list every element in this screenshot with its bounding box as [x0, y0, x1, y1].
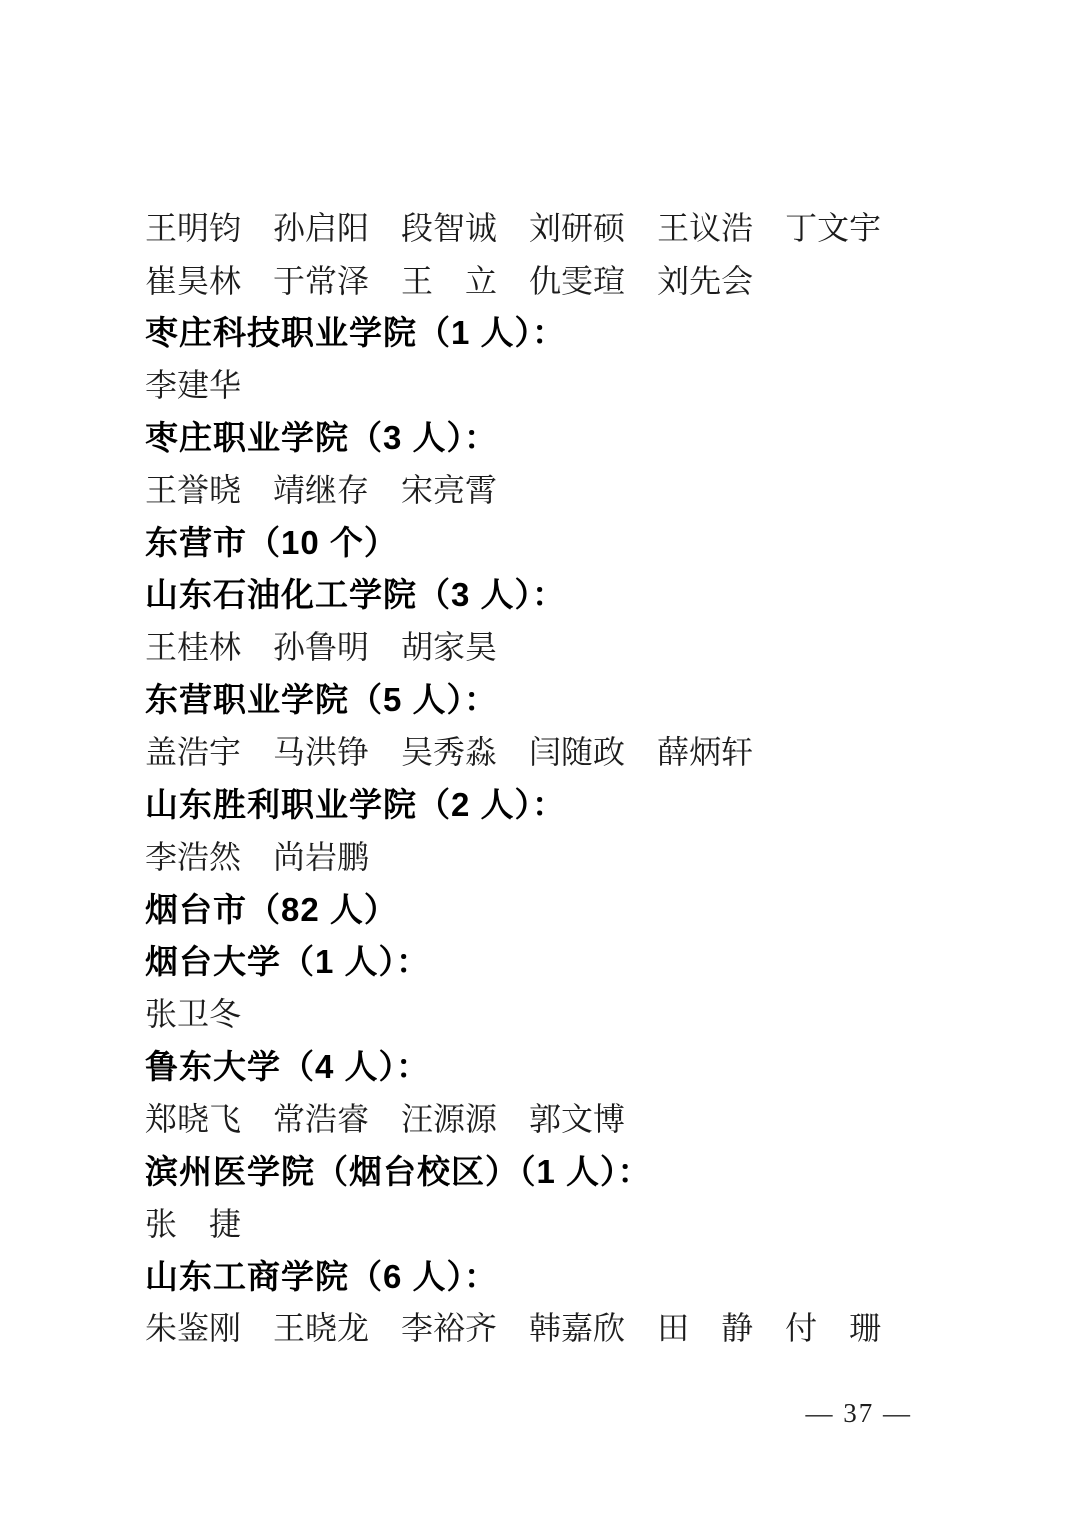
person-name: 常浩睿	[273, 1094, 369, 1140]
document-page: 王明钧孙启阳段智诚刘研硕王议浩丁文宇崔昊林于常泽王 立仇雯瑄刘先会枣庄科技职业学…	[0, 0, 1080, 1527]
person-name: 闫随政	[529, 727, 625, 773]
person-name: 韩嘉欣	[529, 1303, 625, 1349]
section-heading: 枣庄职业学院（3 人）：	[145, 410, 945, 462]
person-name: 尚岩鹏	[273, 832, 369, 878]
person-name: 李建华	[145, 360, 241, 406]
person-name: 宋亮霄	[401, 465, 497, 511]
person-name: 付 珊	[785, 1303, 881, 1349]
person-name: 仇雯瑄	[529, 256, 625, 302]
person-name: 丁文宇	[785, 203, 881, 249]
person-name: 王议浩	[657, 203, 753, 249]
section-heading: 山东胜利职业学院（2 人）：	[145, 776, 945, 828]
person-name: 吴秀淼	[401, 727, 497, 773]
person-name: 王晓龙	[273, 1303, 369, 1349]
person-name: 刘先会	[657, 256, 753, 302]
names-row: 朱鉴刚王晓龙李裕齐韩嘉欣田 静付 珊	[145, 1300, 945, 1352]
person-name: 田 静	[657, 1303, 753, 1349]
person-name: 王 立	[401, 256, 497, 302]
person-name: 孙鲁明	[273, 622, 369, 668]
section-heading: 枣庄科技职业学院（1 人）：	[145, 305, 945, 357]
section-heading: 山东石油化工学院（3 人）：	[145, 567, 945, 619]
section-heading: 山东工商学院（6 人）：	[145, 1248, 945, 1300]
person-name: 孙启阳	[273, 203, 369, 249]
section-heading: 滨州医学院（烟台校区）（1 人）：	[145, 1143, 945, 1195]
section-heading: 东营市（10 个）	[145, 514, 945, 566]
person-name: 刘研硕	[529, 203, 625, 249]
names-row: 崔昊林于常泽王 立仇雯瑄刘先会	[145, 252, 945, 304]
names-row: 李建华	[145, 357, 945, 409]
person-name: 靖继存	[273, 465, 369, 511]
person-name: 崔昊林	[145, 256, 241, 302]
names-row: 王明钧孙启阳段智诚刘研硕王议浩丁文宇	[145, 200, 945, 252]
person-name: 盖浩宇	[145, 727, 241, 773]
person-name: 王明钧	[145, 203, 241, 249]
names-row: 郑晓飞常浩睿汪源源郭文博	[145, 1091, 945, 1143]
person-name: 李裕齐	[401, 1303, 497, 1349]
names-row: 张 捷	[145, 1195, 945, 1247]
names-row: 盖浩宇马洪铮吴秀淼闫随政薛炳轩	[145, 724, 945, 776]
person-name: 王誉晓	[145, 465, 241, 511]
section-heading: 烟台市（82 人）	[145, 881, 945, 933]
person-name: 胡家昊	[401, 622, 497, 668]
page-number: — 37 —	[806, 1398, 913, 1429]
names-row: 李浩然尚岩鹏	[145, 829, 945, 881]
document-body: 王明钧孙启阳段智诚刘研硕王议浩丁文宇崔昊林于常泽王 立仇雯瑄刘先会枣庄科技职业学…	[145, 200, 945, 1353]
person-name: 于常泽	[273, 256, 369, 302]
person-name: 马洪铮	[273, 727, 369, 773]
person-name: 薛炳轩	[657, 727, 753, 773]
person-name: 郑晓飞	[145, 1094, 241, 1140]
person-name: 汪源源	[401, 1094, 497, 1140]
section-heading: 鲁东大学（4 人）：	[145, 1038, 945, 1090]
person-name: 郭文博	[529, 1094, 625, 1140]
person-name: 李浩然	[145, 832, 241, 878]
names-row: 张卫冬	[145, 986, 945, 1038]
names-row: 王誉晓靖继存宋亮霄	[145, 462, 945, 514]
person-name: 段智诚	[401, 203, 497, 249]
names-row: 王桂林孙鲁明胡家昊	[145, 619, 945, 671]
person-name: 朱鉴刚	[145, 1303, 241, 1349]
section-heading: 东营职业学院（5 人）：	[145, 672, 945, 724]
section-heading: 烟台大学（1 人）：	[145, 933, 945, 985]
person-name: 王桂林	[145, 622, 241, 668]
person-name: 张 捷	[145, 1199, 241, 1245]
person-name: 张卫冬	[145, 989, 241, 1035]
